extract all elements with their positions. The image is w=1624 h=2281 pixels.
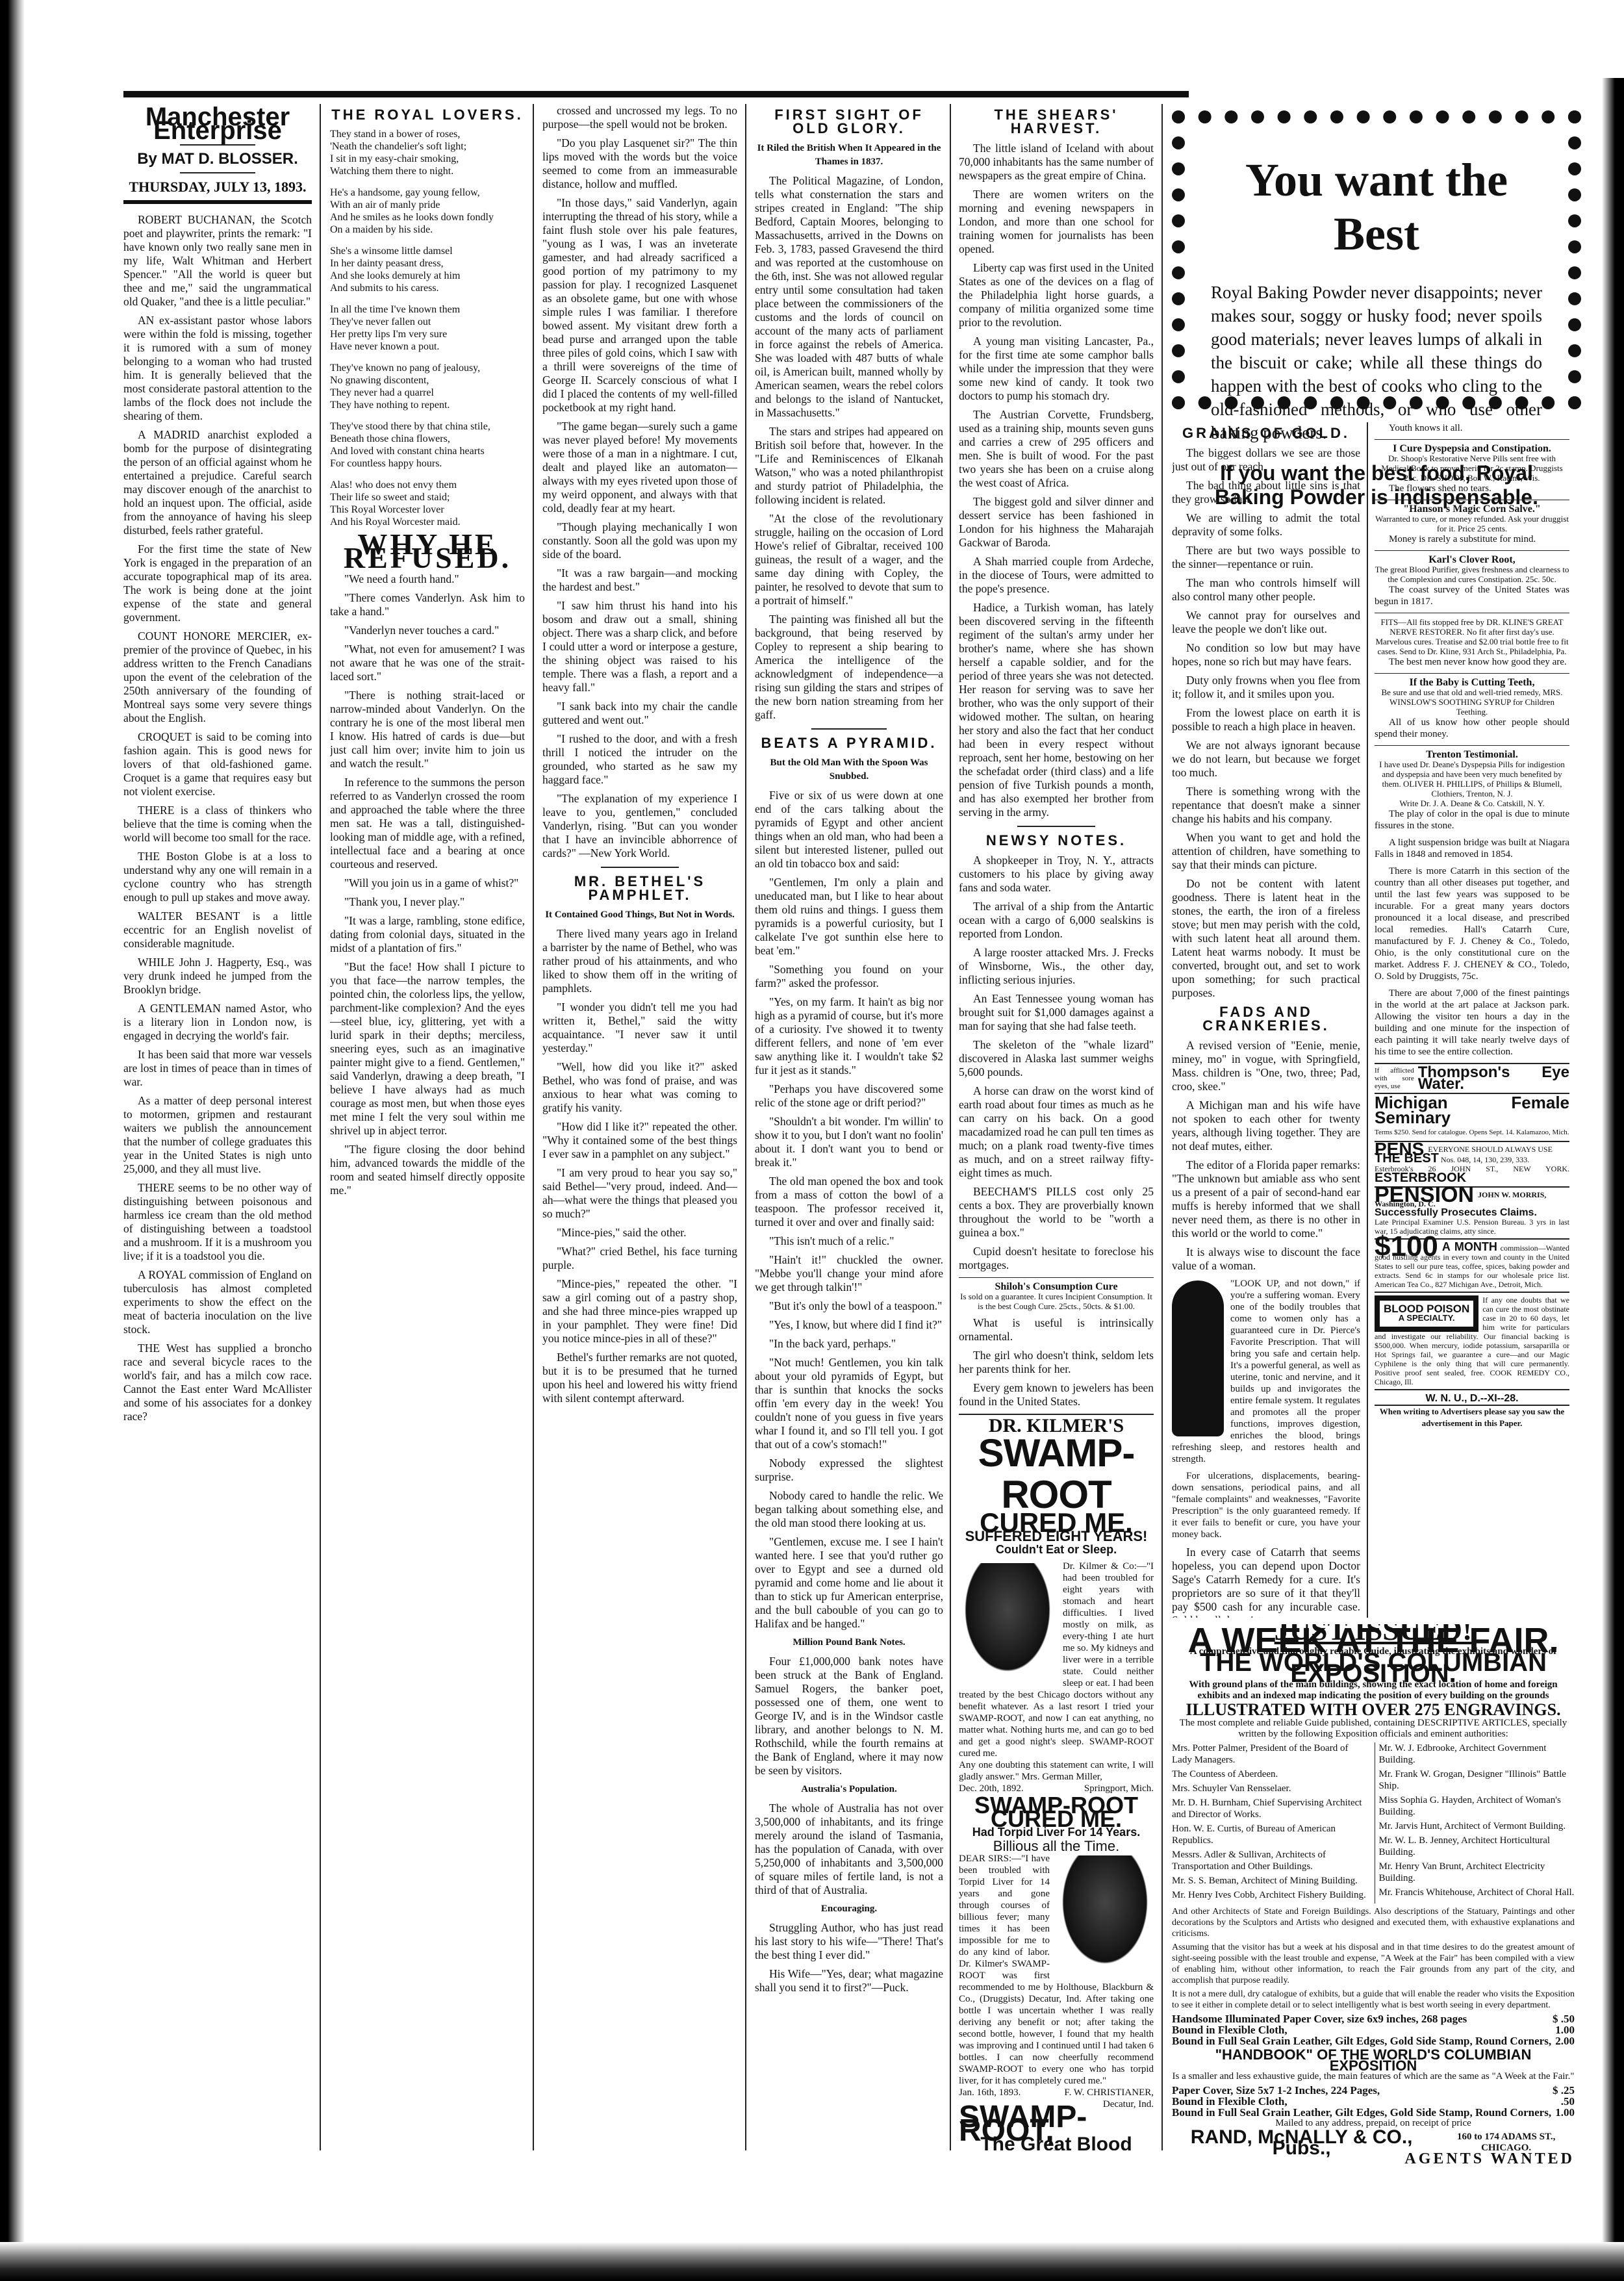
kilmer-sub-3: Had Torpid Liver For 14 Years. [959, 1826, 1154, 1839]
paragraph: There lived many years ago in Ireland a … [542, 927, 737, 995]
hall-catarrh-ad: There is more Catarrh in this section of… [1375, 865, 1569, 982]
paragraph: ROBERT BUCHANAN, the Scotch poet and pla… [123, 213, 312, 309]
pamphlet-paragraphs: There lived many years ago in Ireland a … [542, 927, 737, 1405]
author-entry: Messrs. Adler & Sullivan, Architects of … [1172, 1849, 1368, 1872]
paragraph: "Not much! Gentlemen, you kin talk about… [755, 1356, 943, 1451]
pension-tagline: Successfully Prosecutes Claims. [1375, 1208, 1569, 1217]
paragraph: The little island of Iceland with about … [959, 142, 1154, 183]
paragraph: It has been said that more war vessels a… [123, 1048, 312, 1089]
price-value: .50 [1561, 2096, 1575, 2107]
paragraph: Nobody expressed the slightest surprise. [755, 1457, 943, 1484]
pyramid-title: BEATS A PYRAMID. [755, 736, 943, 750]
paragraph: The stars and stripes had appeared on Br… [755, 425, 943, 507]
poem-stanza: Alas! who does not envy them Their life … [330, 479, 525, 528]
paragraph: "Though playing mechanically I won const… [542, 520, 737, 561]
fad-item: It is always wise to discount the face v… [1172, 1245, 1360, 1273]
authors-right: Mr. W. J. Edbrooke, Architect Government… [1375, 1742, 1575, 1904]
paragraph: THE West has supplied a broncho race and… [123, 1342, 312, 1423]
kilmer-headline-3: SWAMP-ROOT CURED ME. [959, 1798, 1154, 1826]
author-entry: The Countess of Aberdeen. [1172, 1768, 1368, 1780]
paragraph: "How did I like it?" repeated the other.… [542, 1120, 737, 1161]
scan-edge-left [0, 0, 25, 2281]
hanson-text: Warranted to cure, or money refunded. As… [1375, 514, 1569, 533]
advertisers-note: When writing to Advertisers please say y… [1375, 1405, 1569, 1429]
byline: By MAT D. BLOSSER. [123, 152, 312, 166]
paragraph: "Yes, I know, but where did I find it?" [755, 1318, 943, 1332]
paragraph: "Mince-pies," said the other. [542, 1226, 737, 1240]
encouraging-title: Encouraging. [755, 1902, 943, 1916]
column-rule [320, 104, 321, 2150]
paragraph: "Yes, on my farm. It hain't as big nor h… [755, 995, 943, 1077]
divider [180, 172, 255, 173]
paragraph: crossed and uncrossed my legs. To no pur… [542, 104, 737, 131]
grain-item: We cannot pray for ourselves and leave t… [1172, 609, 1360, 636]
newspaper-page: Manchester Enterprise By MAT D. BLOSSER.… [123, 91, 1605, 2235]
fair-articles: The most complete and reliable Guide pub… [1172, 1718, 1575, 1740]
shears-title: THE SHEARS' HARVEST. [959, 108, 1154, 135]
column-rule [533, 104, 534, 2150]
pyramid-subtitle: But the Old Man With the Spoon Was Snubb… [755, 756, 943, 784]
story-paragraphs: "We need a fourth hand.""There comes Van… [330, 572, 525, 1197]
catarrh-ad-text: In every case of Catarrh that seems hope… [1172, 1546, 1360, 1618]
price-item: Handsome Illuminated Paper Cover, size 6… [1172, 2013, 1467, 2024]
paragraph: "It was a raw bargain—and mocking the ha… [542, 567, 737, 594]
shiloh-title: Shiloh's Consumption Cure [959, 1282, 1154, 1292]
paragraph: The biggest gold and silver dinner and d… [959, 495, 1154, 550]
fair-plans: With ground plans of the main buildings,… [1172, 1679, 1575, 1701]
pierce-ad-text-2: For ulcerations, displacements, bearing-… [1172, 1470, 1360, 1540]
fair-illustrated: ILLUSTRATED WITH OVER 275 ENGRAVINGS. [1172, 1704, 1575, 1715]
royal-baking-powder-ad: You want the Best Royal Baking Powder ne… [1172, 110, 1581, 409]
blood-title: BLOOD POISON [1384, 1305, 1469, 1314]
paragraph: An East Tennessee young woman has brough… [959, 992, 1154, 1033]
pension-big: PENSION [1375, 1190, 1474, 1199]
grain-item: No condition so low but may have hopes, … [1172, 641, 1360, 669]
newspaper-title: Manchester Enterprise [123, 110, 312, 138]
paragraph: "I am very proud to hear you say so," sa… [542, 1166, 737, 1221]
paragraph: The old man opened the box and took from… [755, 1175, 943, 1229]
hanson-ad: "Hanson's Magic Corn Salve."Warranted to… [1375, 500, 1569, 533]
author-entry: Mr. Jarvis Hunt, Architect of Vermont Bu… [1379, 1820, 1575, 1832]
price-value: 2.00 [1555, 2035, 1575, 2046]
authors-list: Mrs. Potter Palmer, President of the Boa… [1172, 1742, 1575, 1904]
paragraph: A large rooster attacked Mrs. J. Frecks … [959, 946, 1154, 987]
column-old-glory: FIRST SIGHT OF OLD GLORY. It Riled the B… [755, 104, 943, 2150]
testimonial-2-date: Jan. 16th, 1893. [959, 2087, 1021, 2098]
price-list-1: Handsome Illuminated Paper Cover, size 6… [1172, 2013, 1575, 2046]
fads-items: A revised version of "Eenie, menie, mine… [1172, 1039, 1360, 1273]
column-shears-harvest: THE SHEARS' HARVEST. The little island o… [959, 104, 1154, 2150]
fits-ad: FITS—All fits stopped free by DR. KLINE'… [1375, 613, 1569, 656]
seminary-terms: Terms $250. Send for catalogue. Opens Se… [1375, 1127, 1569, 1138]
kilmer-sub-1: SUFFERED EIGHT YEARS! [959, 1529, 1154, 1543]
filler-opal: The play of color in the opal is due to … [1375, 808, 1569, 832]
filler: The girl who doesn't think, seldom lets … [959, 1349, 1154, 1376]
paragraph: The skeleton of the "whale lizard" disco… [959, 1038, 1154, 1079]
author-entry: Miss Sophia G. Hayden, Architect of Woma… [1379, 1794, 1575, 1818]
column-rule [1367, 422, 1368, 1618]
pamphlet-subtitle: It Contained Good Things, But Not in Wor… [542, 908, 737, 922]
filler-paragraphs-2: What is useful is intrinsically ornament… [959, 1316, 1154, 1408]
paragraph: "What?" cried Bethel, his face turning p… [542, 1245, 737, 1272]
top-rule [123, 91, 1189, 97]
blood-poison-ad: BLOOD POISON A SPECIALTY. If any one dou… [1375, 1292, 1569, 1389]
thompson-pre: If afflicted with sore eyes, use [1375, 1067, 1414, 1090]
paragraph: The arrival of a ship from the Antartic … [959, 900, 1154, 941]
handbook-title: "HANDBOOK" OF THE WORLD'S COLUMBIAN EXPO… [1172, 2049, 1575, 2071]
issue-date: THURSDAY, JULY 13, 1893. [123, 180, 312, 194]
paragraph: "I sank back into my chair the candle gu… [542, 700, 737, 727]
paragraph: AN ex-assistant pastor whose labors were… [123, 314, 312, 423]
poem-stanza: In all the time I've known them They've … [330, 303, 525, 353]
grain-item: The bad thing about little sins is that … [1172, 479, 1360, 506]
authors-left: Mrs. Potter Palmer, President of the Boa… [1172, 1742, 1368, 1904]
month-title: A MONTH [1442, 1240, 1497, 1253]
poem-stanza: She's a winsome little damsel In her dai… [330, 245, 525, 294]
grains-items: The biggest dollars we see are those jus… [1172, 446, 1360, 1000]
kilmer-sub-2: Couldn't Eat or Sleep. [959, 1543, 1154, 1557]
shoop-title: I Cure Dyspepsia and Constipation. [1375, 444, 1569, 453]
price-item: Bound in Full Seal Grain Leather, Gilt E… [1172, 2035, 1551, 2046]
fair-expo-title: THE WORLD'S COLUMBIAN EXPOSITION. [1172, 1657, 1575, 1679]
column-editorials: Manchester Enterprise By MAT D. BLOSSER.… [123, 104, 312, 2150]
paragraph: "The explanation of my experience I leav… [542, 792, 737, 860]
paragraph: "In the back yard, perhaps." [755, 1337, 943, 1351]
blood-sub: A SPECIALTY. [1384, 1314, 1469, 1323]
paragraph: A Shah married couple from Ardeche, in t… [959, 555, 1154, 596]
paragraph: The painting was finished all but the ba… [755, 613, 943, 722]
kilmer-headline-2: CURED ME. [959, 1516, 1154, 1529]
paragraph: A MADRID anarchist exploded a bomb for t… [123, 428, 312, 537]
fair-not-mere: It is not a mere dull, dry catalogue of … [1172, 1989, 1575, 2011]
paragraph: "Vanderlyn never touches a card." [330, 624, 525, 637]
filler-flowers: The flowers shed no tears. [1375, 483, 1569, 494]
paragraph: WHILE John J. Hagperty, Esq., was very d… [123, 956, 312, 997]
trenton-write: Write Dr. J. A. Deane & Co. Catskill, N.… [1375, 798, 1569, 808]
price-value: $ .50 [1553, 2013, 1575, 2024]
karl-title: Karl's Clover Root, [1375, 555, 1569, 565]
poem-stanzas: They stand in a bower of roses, 'Neath t… [330, 128, 525, 528]
price-row: Bound in Full Seal Grain Leather, Gilt E… [1172, 2107, 1575, 2118]
paragraph: A ROYAL commission of England on tubercu… [123, 1268, 312, 1336]
price-value: 1.00 [1555, 2024, 1575, 2035]
esterbrook-ad: PENS EVERYONE SHOULD ALWAYS USE THE BEST… [1375, 1141, 1569, 1186]
paragraph: The Political Magazine, of London, tells… [755, 174, 943, 420]
author-entry: Mr. Henry Van Brunt, Architect Electrici… [1379, 1861, 1575, 1884]
paragraph: "Will you join us in a game of whist?" [330, 876, 525, 890]
fads-title: FADS AND CRANKERIES. [1172, 1005, 1360, 1032]
paragraph: "There comes Vanderlyn. Ask him to take … [330, 591, 525, 618]
paragraph: "The game began—surely such a game was n… [542, 420, 737, 515]
pens-numbers: Nos. 048, 14, 130, 239, 333. [1441, 1155, 1529, 1164]
filler: BEECHAM'S PILLS cost only 25 cents a box… [959, 1185, 1154, 1240]
price-row: Bound in Flexible Cloth,.50 [1172, 2096, 1575, 2107]
paragraph: Struggling Author, who has just read his… [755, 1921, 943, 1962]
paragraph: "We need a fourth hand." [330, 572, 525, 586]
paragraph: "Do you play Lasquenet sir?" The thin li… [542, 136, 737, 191]
paragraph: "Mince-pies," repeated the other. "I saw… [542, 1277, 737, 1345]
paragraph: "In those days," said Vanderlyn, again i… [542, 196, 737, 414]
paragraph: "I saw him thrust his hand into his boso… [542, 599, 737, 694]
notes-paragraphs: Four £1,000,000 bank notes have been str… [755, 1655, 943, 1778]
paragraph: As a matter of deep personal interest to… [123, 1094, 312, 1176]
scan-edge-bottom [0, 2242, 1624, 2281]
filler-coast-survey: The coast survey of the United States wa… [1375, 584, 1569, 607]
poem-stanza: They've stood there by that china stile,… [330, 420, 525, 470]
price-item: Paper Cover, Size 5x7 1-2 Inches, 224 Pa… [1172, 2085, 1380, 2096]
thompson-ad: If afflicted with sore eyes, useThompson… [1375, 1063, 1569, 1093]
author-entry: Mr. W. J. Edbrooke, Architect Government… [1379, 1742, 1575, 1766]
author-entry: Mr. Henry Ives Cobb, Architect Fishery B… [1172, 1889, 1368, 1901]
ad-headline: You want the Best [1211, 153, 1542, 261]
pension-text: Late Principal Examiner U.S. Pension Bur… [1375, 1217, 1569, 1236]
poem-stanza: They've known no pang of jealousy, No gn… [330, 362, 525, 411]
trenton-ad: Trenton Testimonial.I have used Dr. Dean… [1375, 745, 1569, 808]
filler-youth: Youth knows it all. [1375, 422, 1569, 434]
wnu-code: W. N. U., D.--XI--28. [1375, 1389, 1569, 1405]
shoop-ad: I Cure Dyspepsia and Constipation.Dr. Sh… [1375, 439, 1569, 483]
baby-title: If the Baby is Cutting Teeth, [1375, 678, 1569, 687]
column-royal-lovers: THE ROYAL LOVERS. They stand in a bower … [330, 104, 525, 2150]
thompson-title: Thompson's Eye Water. [1418, 1067, 1569, 1090]
fad-item: The editor of a Florida paper remarks: "… [1172, 1158, 1360, 1240]
grain-item: When you want to get and hold the attent… [1172, 831, 1360, 872]
paragraph: "Well, how did you like it?" asked Bethe… [542, 1060, 737, 1115]
paragraph: THERE seems to be no other way of distin… [123, 1181, 312, 1263]
filler-spend: All of us know how other people should s… [1375, 717, 1569, 740]
fad-item: A revised version of "Eenie, menie, mine… [1172, 1039, 1360, 1093]
masthead: Manchester Enterprise By MAT D. BLOSSER.… [123, 110, 312, 204]
kilmer-brand: DR. KILMER'S [959, 1419, 1154, 1433]
filler-best-men: The best men never know how good they ar… [1375, 656, 1569, 668]
seminary-ad: Michigan Female SeminaryTerms $250. Send… [1375, 1093, 1569, 1141]
paragraph: Bethel's further remarks are not quoted,… [542, 1351, 737, 1405]
poem-title: THE ROYAL LOVERS. [330, 108, 525, 121]
paragraph: THE Boston Globe is at a loss to underst… [123, 850, 312, 904]
story-title: WHY HE REFUSED. [330, 537, 525, 565]
karl-text: The great Blood Purifier, gives freshnes… [1375, 565, 1569, 584]
paragraph: "Perhaps you have discovered some relic … [755, 1082, 943, 1110]
price-item: Bound in Flexible Cloth, [1172, 2096, 1288, 2107]
price-row: Bound in Flexible Cloth,1.00 [1172, 2024, 1575, 2035]
author-entry: Mr. W. L. B. Jenney, Architect Horticult… [1379, 1835, 1575, 1858]
price-item: Bound in Flexible Cloth, [1172, 2024, 1288, 2035]
seminary-title: Michigan Female Seminary [1375, 1093, 1569, 1127]
grain-item: The man who controls himself will also c… [1172, 576, 1360, 604]
pyramid-paragraphs: Five or six of us were down at one end o… [755, 789, 943, 1631]
australia-paragraphs: The whole of Australia has not over 3,50… [755, 1802, 943, 1897]
testimonial-2-name: F. W. CHRISTIANER, [1064, 2087, 1154, 2098]
grain-item: Duty only frowns when you flee from it; … [1172, 674, 1360, 701]
paragraph: The Austrian Corvette, Frundsberg, used … [959, 408, 1154, 490]
price-value: $ .25 [1553, 2085, 1575, 2096]
author-entry: Mr. Francis Whitehouse, Architect of Cho… [1379, 1887, 1575, 1898]
trenton-title: Trenton Testimonial. [1375, 750, 1569, 759]
price-list-2: Paper Cover, Size 5x7 1-2 Inches, 224 Pa… [1172, 2085, 1575, 2118]
author-entry: Mrs. Schuyler Van Rensselaer. [1172, 1783, 1368, 1794]
handbook-sub: Is a smaller and less exhaustive guide, … [1172, 2071, 1575, 2082]
shoop-text: Dr. Shoop's Restorative Nerve Pills sent… [1381, 453, 1562, 483]
grain-item: We are willing to admit the total deprav… [1172, 511, 1360, 539]
paragraph: Five or six of us were down at one end o… [755, 789, 943, 871]
tea-agents-ad: $100 A MONTH commission—Wanted good hust… [1375, 1238, 1569, 1292]
paragraph: The whole of Australia has not over 3,50… [755, 1802, 943, 1897]
author-entry: Mrs. Potter Palmer, President of the Boa… [1172, 1742, 1368, 1766]
price-row: Handsome Illuminated Paper Cover, size 6… [1172, 2013, 1575, 2024]
paragraph: "This isn't much of a relic." [755, 1234, 943, 1248]
pens-brand: ESTERBROOK [1375, 1171, 1466, 1185]
woman-portrait-image [959, 1563, 1056, 1680]
grain-item: There are but two ways possible to the s… [1172, 544, 1360, 571]
paragraph: "But the face! How shall I picture to yo… [330, 960, 525, 1138]
grain-item: The biggest dollars we see are those jus… [1172, 446, 1360, 474]
article-paragraphs: The Political Magazine, of London, tells… [755, 174, 943, 722]
paragraph: "Thank you, I never play." [330, 895, 525, 909]
fair-title: A WEEK AT THE FAIR. [1172, 1635, 1575, 1646]
paragraph: In reference to the summons the person r… [330, 776, 525, 871]
fair-assuming: Assuming that the visitor has but a week… [1172, 1942, 1575, 1986]
author-entry: Hon. W. E. Curtis, of Bureau of American… [1172, 1823, 1368, 1846]
paragraph: "Gentlemen, I'm only a plain and uneduca… [755, 876, 943, 958]
paragraph: A shopkeeper in Troy, N. Y., attracts cu… [959, 854, 1154, 895]
newsy-paragraphs: A shopkeeper in Troy, N. Y., attracts cu… [959, 854, 1154, 1180]
paragraph: Nobody cared to handle the relic. We beg… [755, 1489, 943, 1530]
grains-title: GRAINS OF GOLD. [1172, 426, 1360, 440]
paragraph: "I rushed to the door, and with a fresh … [542, 732, 737, 787]
paragraph: WALTER BESANT is a little eccentric for … [123, 910, 312, 950]
poem-stanza: He's a handsome, gay young fellow, With … [330, 186, 525, 236]
paragraph: A horse can draw on the worst kind of ea… [959, 1084, 1154, 1180]
man-portrait-image [1056, 1855, 1154, 1972]
paragraph: "Shouldn't a bit wonder. I'm willin' to … [755, 1115, 943, 1169]
baby-text: Be sure and use that old and well-tried … [1382, 687, 1563, 717]
paragraph: "The figure closing the door behind him,… [330, 1143, 525, 1197]
filler-money: Money is rarely a substitute for mind. [1375, 533, 1569, 545]
encouraging-paragraphs: Struggling Author, who has just read his… [755, 1921, 943, 1994]
author-entry: Mr. D. H. Burnham, Chief Supervising Arc… [1172, 1797, 1368, 1820]
filler-paragraphs: BEECHAM'S PILLS cost only 25 cents a box… [959, 1185, 1154, 1272]
paragraph: A young man visiting Lancaster, Pa., for… [959, 335, 1154, 403]
pension-ad: PENSION JOHN W. MORRIS, Washington, D. C… [1375, 1186, 1569, 1238]
editorial-paragraphs: ROBERT BUCHANAN, the Scotch poet and pla… [123, 213, 312, 1423]
grain-item: There is something wrong with the repent… [1172, 785, 1360, 826]
paragraph: THERE is a class of thinkers who believe… [123, 804, 312, 845]
paragraph: A GENTLEMAN named Astor, who is a litera… [123, 1002, 312, 1043]
month-big: $100 [1375, 1242, 1438, 1251]
filler: What is useful is intrinsically ornament… [959, 1316, 1154, 1344]
filler: Every gem known to jewelers has been fou… [959, 1381, 1154, 1408]
divider [1017, 826, 1095, 827]
price-row: Bound in Full Seal Grain Leather, Gilt E… [1172, 2035, 1575, 2046]
kilmer-sub-4: Billious all the Time. [959, 1839, 1154, 1853]
divider [811, 728, 887, 730]
price-value: 1.00 [1555, 2107, 1575, 2118]
paragraph: "Gentlemen, excuse me. I see I hain't wa… [755, 1535, 943, 1631]
price-item: Bound in Full Seal Grain Leather, Gilt E… [1172, 2107, 1551, 2118]
paragraph: For the first time the state of New York… [123, 542, 312, 624]
week-at-fair-ad: JUST ISSUED! A WEEK AT THE FAIR. A compr… [1172, 1624, 1575, 2235]
scan-edge-right [1602, 78, 1624, 2281]
australia-title: Australia's Population. [755, 1783, 943, 1796]
paragraph: CROQUET is said to be coming into fashio… [123, 730, 312, 798]
paragraph: Four £1,000,000 bank notes have been str… [755, 1655, 943, 1778]
paragraph: There are women writers on the morning a… [959, 188, 1154, 256]
author-entry: Mr. Frank W. Grogan, Designer "Illinois"… [1379, 1768, 1575, 1792]
notes-title: Million Pound Bank Notes. [755, 1636, 943, 1650]
column-ads-and-fillers: Youth knows it all. I Cure Dyspepsia and… [1375, 422, 1569, 1618]
grain-item: We are not always ignorant because we do… [1172, 739, 1360, 780]
paragraph: COUNT HONORE MERCIER, ex-premier of the … [123, 630, 312, 725]
fair-others: And other Architects of State and Foreig… [1172, 1906, 1575, 1939]
trenton-text: I have used Dr. Deane's Dyspepsia Pills … [1379, 759, 1565, 798]
fad-item: A Michigan man and his wife have not spo… [1172, 1099, 1360, 1153]
divider [601, 867, 679, 868]
paragraph: Hadice, a Turkish woman, has lately been… [959, 601, 1154, 819]
paragraph: His Wife—"Yes, dear; what magazine shall… [755, 1967, 943, 1994]
testimonial-1-closing: Any one doubting this statement can writ… [959, 1759, 1154, 1783]
filler-paintings: There are about 7,000 of the finest pain… [1375, 988, 1569, 1058]
column-rule [1161, 104, 1163, 2150]
filler-bridge: A light suspension bridge was built at N… [1375, 837, 1569, 860]
kilmer-headline: SWAMP-ROOT [959, 1433, 1154, 1516]
kilmer-headline-5: The Great Blood Purifier. [959, 2137, 1154, 2150]
kilmer-ad: DR. KILMER'S SWAMP-ROOT CURED ME. SUFFER… [959, 1414, 1154, 2150]
paragraph: Liberty cap was first used in the United… [959, 261, 1154, 329]
hanson-title: "Hanson's Magic Corn Salve." [1375, 504, 1569, 514]
filler: Cupid doesn't hesitate to foreclose his … [959, 1245, 1154, 1272]
divider [123, 200, 312, 204]
grain-item: From the lowest place on earth it is pos… [1172, 706, 1360, 733]
pamphlet-title: MR. BETHEL'S PAMPHLET. [542, 874, 737, 902]
karl-ad: Karl's Clover Root,The great Blood Purif… [1375, 550, 1569, 584]
story-continued: crossed and uncrossed my legs. To no pur… [542, 104, 737, 860]
paragraph: "Something you found on your farm?" aske… [755, 963, 943, 990]
ad-body: Royal Baking Powder never disappoints; n… [1211, 281, 1542, 444]
column-why-he-refused-cont: crossed and uncrossed my legs. To no pur… [542, 104, 737, 2150]
shiloh-text: Is sold on a guarantee. It cures Incipie… [960, 1292, 1152, 1311]
fits-text: FITS—All fits stopped free by DR. KLINE'… [1375, 617, 1568, 656]
article-title: FIRST SIGHT OF OLD GLORY. [755, 108, 943, 135]
shiloh-ad: Shiloh's Consumption Cure Is sold on a g… [959, 1277, 1154, 1311]
paragraph: "It was a large, rambling, stone edifice… [330, 914, 525, 955]
author-entry: Mr. S. S. Beman, Architect of Mining Bui… [1172, 1875, 1368, 1887]
column-rule [745, 104, 746, 2150]
paragraph: "What, not even for amusement? I was not… [330, 643, 525, 683]
column-grains-of-gold: GRAINS OF GOLD. The biggest dollars we s… [1172, 422, 1360, 1618]
paragraph: "I wonder you didn't tell me you had wri… [542, 1000, 737, 1055]
publisher: RAND, McNALLY & CO., Pubs., [1172, 2132, 1431, 2154]
paragraph: "There is nothing strait-laced or narrow… [330, 689, 525, 771]
shears-paragraphs: The little island of Iceland with about … [959, 142, 1154, 819]
column-rule [950, 104, 951, 2150]
grain-item: Do not be content with latent goodness. … [1172, 877, 1360, 1000]
paragraph: "At the close of the revolutionary strug… [755, 512, 943, 607]
newsy-title: NEWSY NOTES. [959, 834, 1154, 847]
paragraph: "But it's only the bowl of a teaspoon." [755, 1299, 943, 1313]
woman-silhouette-image [1172, 1281, 1224, 1436]
agents-wanted: AGENTS WANTED [1172, 2154, 1575, 2165]
pens-best: THE BEST [1375, 1151, 1439, 1166]
paragraph: "Hain't it!" chuckled the owner. "Mebbe … [755, 1253, 943, 1294]
article-subtitle: It Riled the British When It Appeared in… [755, 142, 943, 169]
poem-stanza: They stand in a bower of roses, 'Neath t… [330, 128, 525, 177]
baby-ad: If the Baby is Cutting Teeth,Be sure and… [1375, 673, 1569, 717]
price-row: Paper Cover, Size 5x7 1-2 Inches, 224 Pa… [1172, 2085, 1575, 2096]
